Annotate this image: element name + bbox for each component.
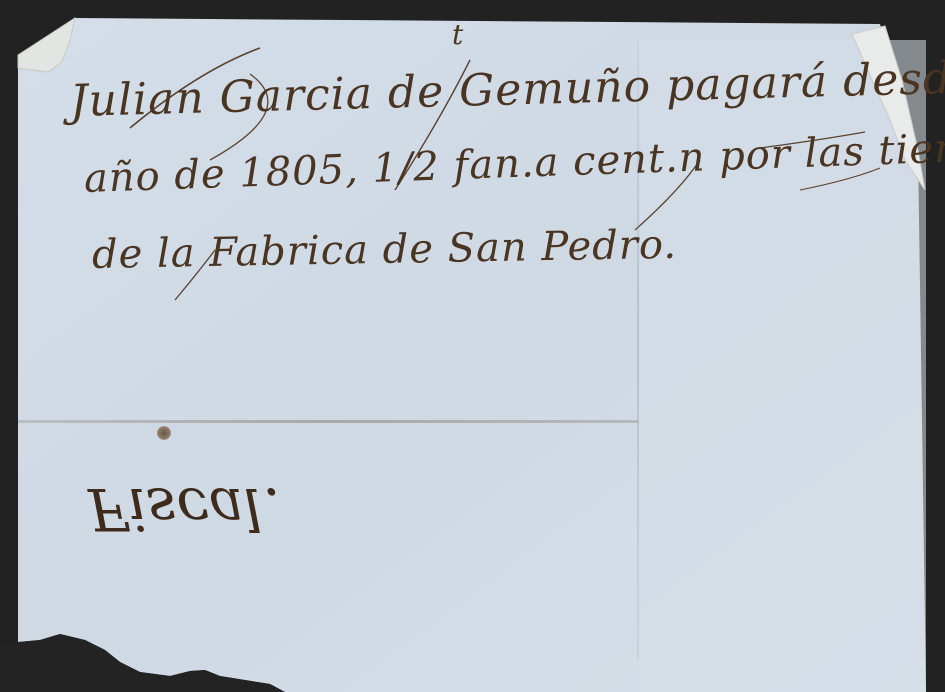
vertical-fold-crease	[637, 40, 639, 660]
insertion-mark: t	[452, 18, 463, 51]
ink-stain	[157, 426, 171, 440]
document-scan: t Julian Garcia de Gemuño pagará desde e…	[0, 0, 945, 692]
upside-down-signature: Fiscal.	[78, 475, 291, 543]
horizontal-fold-crease	[18, 420, 638, 423]
